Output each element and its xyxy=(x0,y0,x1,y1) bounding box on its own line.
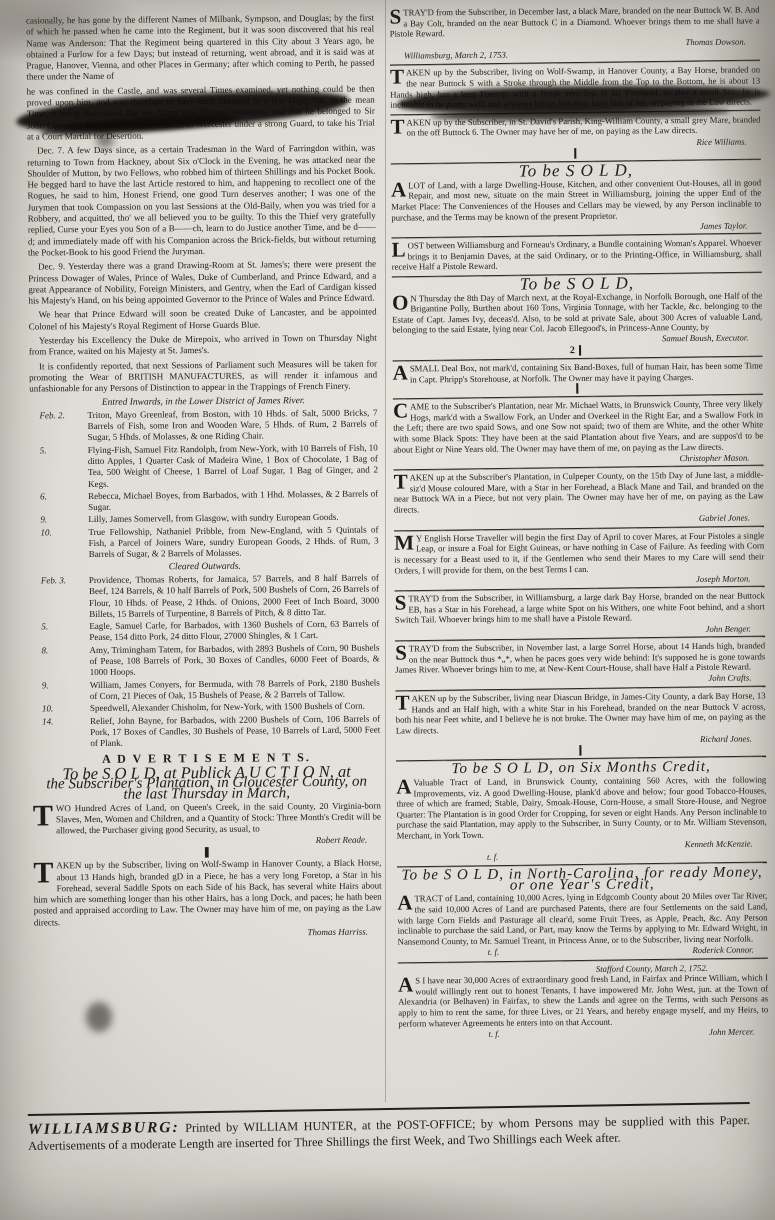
shipping-entry: 6. Rebecca, Michael Boyes, from Barbados… xyxy=(30,488,378,514)
to-be-sold-heading: To be S O L D, xyxy=(392,277,762,291)
drop-cap: T xyxy=(390,117,406,136)
drop-cap: T xyxy=(390,68,406,87)
entry-date: 10. xyxy=(42,704,53,715)
ad-text: AKEN up at the Subscriber's Plantation, … xyxy=(394,470,764,515)
ad-body: STRAY'D from the Subscriber, in December… xyxy=(390,4,760,39)
printer-mark: ❙ xyxy=(393,383,763,395)
imprint-city: WILLIAMSBURG: xyxy=(28,1119,180,1138)
ad-signature: Roderick Connor. xyxy=(692,944,753,955)
to-be-sold-heading: To be S O L D, on Six Months Credit, xyxy=(396,762,766,776)
shipping-entry: 9. William, James Conyers, for Bermuda, … xyxy=(32,677,380,703)
entry-date: 9. xyxy=(40,515,47,526)
ad-text: TRACT of Land, containing 10,000 Acres, … xyxy=(397,891,767,947)
news-paragraph: Yesterday his Excellency the Duke de Mir… xyxy=(29,333,377,359)
printer-mark: ❙ xyxy=(396,745,766,757)
ad-signature: Thomas Harriss. xyxy=(34,926,382,940)
ad-body: TAKEN up by the Subscriber, living on Wo… xyxy=(33,858,382,929)
ad-strayd-dark-bay: STRAY'D from the Subscriber, in Williams… xyxy=(395,591,765,637)
column-divider xyxy=(385,0,386,1102)
drop-cap: M xyxy=(394,533,416,552)
entry-date: 10. xyxy=(40,527,51,538)
shipping-entry: 10. True Fellowship, Nathaniel Pribble, … xyxy=(30,524,378,561)
drop-cap: A xyxy=(397,894,414,913)
news-paragraph: It is confidently reported, that next Se… xyxy=(29,358,377,395)
entry-date: 6. xyxy=(40,491,47,502)
drop-cap: C xyxy=(393,402,410,421)
entry-text: Relief, John Bayne, for Barbados, with 2… xyxy=(90,713,380,748)
ad-public-auction: To be S O L D, at Publick A U C T I O N,… xyxy=(33,765,382,859)
imprint-text: WILLIAMSBURG: Printed by WILLIAM HUNTER,… xyxy=(28,1112,750,1154)
ad-note-row: t. f. xyxy=(397,849,767,863)
drop-cap: L xyxy=(392,241,408,260)
ad-body: TWO Hundred Acres of Land, on Queen's Cr… xyxy=(33,800,381,837)
drop-cap: A xyxy=(396,777,413,796)
tf-note: t. f. xyxy=(488,947,499,958)
printer-mark: 2❙ xyxy=(392,344,762,356)
ad-lot-of-land: A LOT of Land, with a large Dwelling-Hou… xyxy=(391,177,761,234)
drop-cap: S xyxy=(395,644,409,663)
ad-text: AKEN up by the Subscriber, living on Wol… xyxy=(390,65,760,110)
entry-text: William, James Conyers, for Bermuda, wit… xyxy=(90,677,380,701)
ad-lost-bundle: LOST between Williamsburg and Forneau's … xyxy=(392,238,762,273)
ad-signature: Gabriel Jones. xyxy=(394,513,764,527)
ad-text: OST between Williamsburg and Forneau's O… xyxy=(392,238,762,272)
ad-body: CAME to the Subscriber's Plantation, nea… xyxy=(393,399,763,455)
drop-cap: T xyxy=(395,693,411,712)
ad-text: TRAY'D from the Subscriber, in November … xyxy=(395,640,765,674)
ad-body: A TRACT of Land, containing 10,000 Acres… xyxy=(397,891,767,947)
entry-text: Lilly, James Somervell, from Glasgow, wi… xyxy=(88,512,338,524)
ad-text: LOT of Land, with a large Dwelling-House… xyxy=(391,177,761,222)
ad-text: AKEN up by the Subscriber, living on Wol… xyxy=(34,858,382,928)
news-paragraph: We hear that Prince Edward will soon be … xyxy=(29,307,377,333)
ad-body: LOST between Williamsburg and Forneau's … xyxy=(392,238,762,273)
entry-date: 5. xyxy=(40,445,47,456)
ad-body: STRAY'D from the Subscriber, in November… xyxy=(395,640,765,675)
entry-date: 5. xyxy=(41,622,48,633)
shipping-entry: 5. Flying-Fish, Samuel Fitz Randolph, fr… xyxy=(30,442,378,490)
entry-date: 14. xyxy=(42,716,53,727)
ad-brigantine-polly: ON Thursday the 8th Day of March next, a… xyxy=(392,290,763,357)
shipping-entry: Feb. 2. Triton, Mayo Greenleaf, from Bos… xyxy=(29,407,377,444)
entry-text: Providence, Thomas Roberts, for Jamaica,… xyxy=(89,572,379,618)
ad-fairfax-lands-rent: Stafford County, March 2, 1752. AS I hav… xyxy=(398,962,769,1040)
entry-text: Triton, Mayo Greenleaf, from Boston, wit… xyxy=(87,407,377,442)
ad-body: TAKEN up by the Subscriber, living near … xyxy=(395,690,765,736)
entry-date: Feb. 2. xyxy=(39,410,64,422)
left-column: casionally, he has gone by the different… xyxy=(26,12,382,942)
ad-text: Y English Horse Traveller will begin the… xyxy=(394,530,764,575)
ad-came-to-plantation-hogs: CAME to the Subscriber's Plantation, nea… xyxy=(393,399,764,466)
shipping-entry: 8. Amy, Trimingham Tatem, for Barbados, … xyxy=(31,642,379,679)
ad-taken-up-mouse-mare: TAKEN up at the Subscriber's Plantation,… xyxy=(394,470,764,527)
ad-text: S I have near 30,000 Acres of extraordin… xyxy=(398,972,768,1028)
ad-body: TAKEN up by the Subscriber, living on Wo… xyxy=(390,65,760,111)
ad-text: AME to the Subscriber's Plantation, near… xyxy=(393,399,763,455)
printer-mark: ❙ xyxy=(391,148,761,160)
ad-taken-up-black-horse: TAKEN up by the Subscriber, living on Wo… xyxy=(33,858,382,941)
ad-body: AS I have near 30,000 Acres of extraordi… xyxy=(398,972,768,1028)
ad-text: N Thursday the 8th Day of March next, at… xyxy=(392,290,762,335)
ad-taken-up-diascun-bridge: TAKEN up by the Subscriber, living near … xyxy=(395,690,766,757)
ad-dateline: Williamsburg, March 2, 1753. xyxy=(390,47,760,61)
shipping-entry: 14. Relief, John Bayne, for Barbados, wi… xyxy=(32,713,380,750)
ad-taken-up-bay-horse: TAKEN up by the Subscriber, living on Wo… xyxy=(390,65,760,111)
ink-speck xyxy=(86,1002,112,1032)
ad-body: TAKEN up by the Subscriber, in St. David… xyxy=(390,114,760,138)
ad-body: MY English Horse Traveller will begin th… xyxy=(394,530,764,576)
entry-text: Speedwell, Alexander Chisholm, for New-Y… xyxy=(90,701,365,713)
ad-body: A Valuable Tract of Land, in Brunswick C… xyxy=(396,774,767,841)
ad-text: SMALL Deal Box, not mark'd, containing S… xyxy=(410,360,763,384)
ad-text: AKEN up by the Subscriber, in St. David'… xyxy=(406,114,760,138)
drop-cap: A xyxy=(393,364,410,383)
ad-signature: John Mercer. xyxy=(709,1026,755,1037)
news-paragraph: Dec. 7. A few Days since, as a certain T… xyxy=(27,143,376,259)
drop-cap: O xyxy=(392,293,411,312)
entry-text: Amy, Trimingham Tatem, for Barbados, wit… xyxy=(89,642,379,677)
entry-text: True Fellowship, Nathaniel Pribble, from… xyxy=(88,524,378,559)
drop-cap: A xyxy=(398,976,415,995)
tf-note: t. f. xyxy=(487,851,498,862)
auction-heading: To be S O L D, at Publick A U C T I O N,… xyxy=(33,765,381,802)
ad-strayd-black-mare: STRAY'D from the Subscriber, in December… xyxy=(390,4,760,61)
ad-text: WO Hundred Acres of Land, on Queen's Cre… xyxy=(56,800,381,835)
ad-body: STRAY'D from the Subscriber, in Williams… xyxy=(395,591,765,626)
news-paragraph: Dec. 9. Yesterday there was a grand Draw… xyxy=(28,259,376,307)
drop-cap: T xyxy=(33,861,56,887)
ad-body: TAKEN up at the Subscriber's Plantation,… xyxy=(394,470,764,516)
right-column: STRAY'D from the Subscriber, in December… xyxy=(389,2,768,1041)
news-paragraph: casionally, he has gone by the different… xyxy=(26,12,375,83)
tf-note: t. f. xyxy=(488,1028,499,1039)
entry-text: Flying-Fish, Samuel Fitz Randolph, from … xyxy=(88,442,378,488)
entry-date: 9. xyxy=(42,680,49,691)
ad-text: Valuable Tract of Land, in Brunswick Cou… xyxy=(396,774,766,840)
ad-north-carolina-tract: A TRACT of Land, containing 10,000 Acres… xyxy=(397,891,768,958)
entry-text: Eagle, Samuel Carle, for Barbados, with … xyxy=(89,619,379,643)
ad-text: TRAY'D from the Subscriber, in Williamsb… xyxy=(395,591,765,625)
drop-cap: T xyxy=(394,473,410,492)
ad-text: TRAY'D from the Subscriber, in December … xyxy=(390,4,760,38)
entry-text: Rebecca, Michael Boyes, from Barbados, w… xyxy=(88,488,378,512)
ad-body: A SMALL Deal Box, not mark'd, containing… xyxy=(393,360,763,384)
shipping-entry: 5. Eagle, Samuel Carle, for Barbados, wi… xyxy=(31,619,379,645)
entry-date: 8. xyxy=(41,645,48,656)
drop-cap: T xyxy=(33,803,56,829)
ad-horse-traveller-stud: MY English Horse Traveller will begin th… xyxy=(394,530,764,587)
imprint-footer: WILLIAMSBURG: Printed by WILLIAM HUNTER,… xyxy=(28,1103,751,1154)
newspaper-page: casionally, he has gone by the different… xyxy=(0,0,775,1220)
shipping-entry: Feb. 3. Providence, Thomas Roberts, for … xyxy=(31,572,379,620)
to-be-sold-heading: To be S O L D, xyxy=(391,165,761,179)
news-paragraph: he was confined in the Castle, and was s… xyxy=(27,83,375,143)
ad-text: AKEN up by the Subscriber, living near D… xyxy=(396,690,766,735)
drop-cap: S xyxy=(390,8,404,27)
drop-cap: A xyxy=(391,180,408,199)
ad-body: A LOT of Land, with a large Dwelling-Hou… xyxy=(391,177,761,223)
ad-taken-up-grey-mare: TAKEN up by the Subscriber, in St. David… xyxy=(390,114,760,160)
drop-cap: S xyxy=(395,594,409,613)
ad-body: ON Thursday the 8th Day of March next, a… xyxy=(392,290,762,336)
ad-strayd-sorrel-horse: STRAY'D from the Subscriber, in November… xyxy=(395,640,765,686)
ad-small-deal-box: A SMALL Deal Box, not mark'd, containing… xyxy=(393,360,763,394)
ad-brunswick-tract: A Valuable Tract of Land, in Brunswick C… xyxy=(396,774,767,862)
entry-date: Feb. 3. xyxy=(41,575,66,587)
